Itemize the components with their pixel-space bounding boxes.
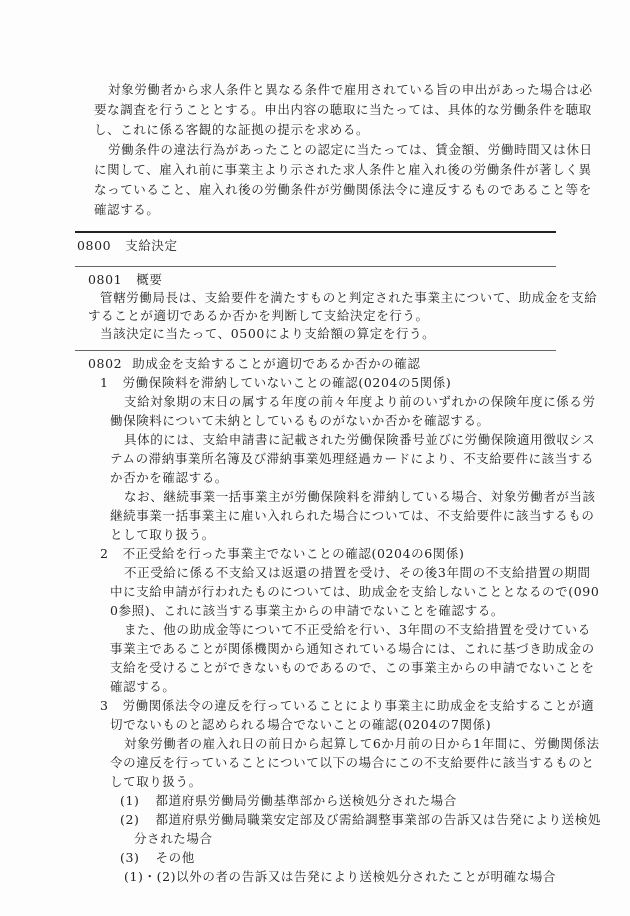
body-line: として取り扱う。 xyxy=(110,525,215,544)
final-line: (1)・(2)以外の者の告訴又は告発により送検処分されたことが明確な場合 xyxy=(124,867,556,886)
item-heading: 2不正受給を行った事業主でないことの確認(0204の6関係) xyxy=(100,544,464,563)
sub-item-text: 都道府県労働局職業安定部及び需給調整事業部の告訴又は告発により送検処 xyxy=(156,812,601,827)
section-title: 支給決定 xyxy=(125,238,177,253)
sub-item: (1)都道府県労働局労働基準部から送検処分された場合 xyxy=(120,791,457,810)
item-number: 3 xyxy=(100,698,109,713)
intro-line: 要な調査を行うこととする。申出内容の聴取に当たっては、具体的な労働条件を聴取 xyxy=(94,100,592,119)
section-title: 概要 xyxy=(136,272,162,287)
intro-line: し、これに係る客観的な証拠の提示を求める。 xyxy=(94,120,369,139)
body-line: 支給を受けることができないものであるので、この事業主からの申請でないことを xyxy=(110,658,594,677)
item-title: 労働保険料を滞納していないことの確認(0204の5関係) xyxy=(123,375,452,390)
item-title: 不正受給を行った事業主でないことの確認(0204の6関係) xyxy=(123,546,465,561)
body-line: テムの滞納事業所名簿及び滞納事業処理経過カードにより、不支給要件に該当する xyxy=(110,449,594,468)
sub-item-cont: 分された場合 xyxy=(134,829,213,848)
subsection-rule xyxy=(75,266,556,267)
sub-item-text: その他 xyxy=(156,850,195,865)
body-line: 中に支給申請が行われたものについては、助成金を支給しないこととなるので(090 xyxy=(110,582,599,601)
intro-line: なっていること、雇入れ後の労働条件が労働関係法令に違反するものであること等を xyxy=(94,180,592,199)
body-line: 継続事業一括事業主に雇い入れられた場合については、不支給要件に該当するもの xyxy=(110,506,594,525)
body-line: 0参照)、これに該当する事業主からの申請でないことを確認する。 xyxy=(110,601,504,620)
body-line: 管轄労働局長は、支給要件を満たすものと判定された事業主について、助成金を支給 xyxy=(100,288,597,307)
body-line: して取り扱う。 xyxy=(110,772,202,791)
item-heading: 1労働保険料を滞納していないことの確認(0204の5関係) xyxy=(100,373,451,392)
section-0800-heading: 0800支給決定 xyxy=(77,236,178,255)
item-number: 1 xyxy=(100,375,109,390)
subsection-rule xyxy=(75,350,556,351)
section-title: 助成金を支給することが適切であるか否かの確認 xyxy=(132,356,420,371)
body-line: 事業主であることが関係機関から通知されている場合には、これに基づき助成金の xyxy=(110,639,595,658)
section-number: 0801 xyxy=(88,272,122,287)
sub-item-text: 都道府県労働局労働基準部から送検処分された場合 xyxy=(156,793,457,808)
sub-item-number: (3) xyxy=(120,850,140,865)
body-line: 当該決定に当たって、0500により支給額の算定を行う。 xyxy=(100,324,435,343)
body-line: 令の違反を行っていることについて以下の場合にこの不支給要件に該当するものと xyxy=(110,753,594,772)
item-number: 2 xyxy=(100,546,109,561)
intro-line: に関して、雇入れ前に事業主より示された求人条件と雇入れ後の労働条件が著しく異 xyxy=(94,160,592,179)
section-number: 0802 xyxy=(88,356,122,371)
item-title: 労働関係法令の違反を行っていることにより事業主に助成金を支給することが適 xyxy=(123,698,595,713)
sub-item: (2)都道府県労働局職業安定部及び需給調整事業部の告訴又は告発により送検処 xyxy=(120,810,601,829)
body-line: 働保険料について未納としているものがないか否かを確認する。 xyxy=(110,411,490,430)
body-line: 具体的には、支給申請書に記載された労働保険番号並びに労働保険適用徴収シス xyxy=(124,430,595,449)
intro-line: 労働条件の違法行為があったことの認定に当たっては、賃金額、労働時間又は休日 xyxy=(108,140,593,159)
intro-line: 対象労働者から求人条件と異なる条件で雇用されている旨の申出があった場合は必 xyxy=(108,80,593,99)
body-line: 支給対象期の末日の属する年度の前々年度より前のいずれかの保険年度に係る労 xyxy=(124,392,596,411)
section-rule-thick xyxy=(75,231,556,233)
document-page: 対象労働者から求人条件と異なる条件で雇用されている旨の申出があった場合は必 要な… xyxy=(0,0,630,916)
body-line: 不正受給に係る不支給又は返還の措置を受け、その後3年間の不支給措置の期間 xyxy=(124,563,591,582)
item-heading-cont: 切でないものと認められる場合でないことの確認(0204の7関係) xyxy=(110,715,491,734)
body-line: か否かを確認する。 xyxy=(110,468,228,487)
body-line: 対象労働者の雇入れ日の前日から起算して6か月前の日から1年間に、労働関係法 xyxy=(124,734,600,753)
intro-line: 確認する。 xyxy=(94,200,160,219)
body-line: なお、継続事業一括事業主が労働保険料を滞納している場合、対象労働者が当該 xyxy=(124,487,596,506)
body-line: 確認する。 xyxy=(110,677,176,696)
sub-item-number: (1) xyxy=(120,793,140,808)
body-line: また、他の助成金等について不正受給を行い、3年間の不支給措置を受けている xyxy=(124,620,591,639)
sub-item-number: (2) xyxy=(120,812,140,827)
item-heading: 3労働関係法令の違反を行っていることにより事業主に助成金を支給することが適 xyxy=(100,696,594,715)
section-0802-heading: 0802助成金を支給することが適切であるか否かの確認 xyxy=(88,354,420,373)
section-number: 0800 xyxy=(77,238,111,253)
sub-item: (3)その他 xyxy=(120,848,195,867)
section-0801-heading: 0801概要 xyxy=(88,270,162,289)
body-line: することが適切であるか否かを判断して支給決定を行う。 xyxy=(88,306,429,325)
